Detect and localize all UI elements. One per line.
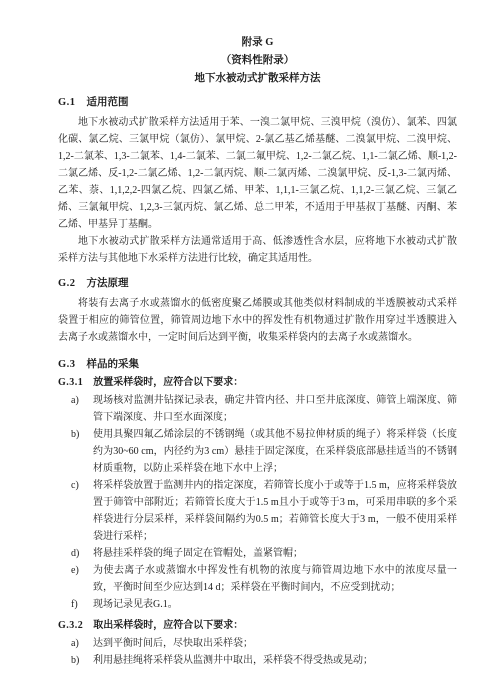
section-heading-g2: G.2方法原理: [58, 275, 457, 293]
clause-intro: 取出采样袋时，应符合以下要求：: [93, 620, 243, 631]
clause-number: G.3.2: [58, 620, 83, 631]
list-item: b) 利用悬挂绳将采样袋从监测井中取出，采样袋不得受热或晃动；: [58, 652, 457, 669]
list-g32: a) 达到平衡时间后，尽快取出采样袋； b) 利用悬挂绳将采样袋从监测井中取出，…: [58, 635, 457, 669]
appendix-type: （资料性附录）: [58, 52, 457, 70]
list-item-text: 为使去离子水或蒸馏水中挥发性有机物的浓度与筛管周边地下水中的浓度尽量一致，平衡时…: [93, 562, 457, 596]
list-item-text: 利用悬挂绳将采样袋从监测井中取出，采样袋不得受热或晃动；: [93, 652, 457, 669]
list-item-label: e): [71, 562, 93, 579]
appendix-label: 附录 G: [58, 34, 457, 52]
list-item-text: 现场核对监测井钻探记录表，确定井管内径、井口至井底深度、筛管上端深度、筛管下端深…: [93, 392, 457, 426]
appendix-name: 地下水被动式扩散采样方法: [58, 70, 457, 88]
paragraph-g1-1: 地下水被动式扩散采样方法适用于苯、一溴二氯甲烷、三溴甲烷（溴仿）、氯苯、四氯化碳…: [58, 114, 457, 233]
list-item-label: d): [71, 545, 93, 562]
clause-g31: G.3.1放置采样袋时，应符合以下要求：: [58, 374, 457, 392]
list-item-label: b): [71, 652, 93, 669]
clause-intro: 放置采样袋时，应符合以下要求：: [93, 377, 243, 388]
section-number: G.3: [58, 359, 76, 370]
list-item: c) 将采样袋放置于监测井内的指定深度，若筛管长度小于或等于1.5 m，应将采样…: [58, 477, 457, 545]
paragraph-g1-2: 地下水被动式扩散采样方法通常适用于高、低渗透性含水层，应将地下水被动式扩散采样方…: [58, 233, 457, 267]
list-item-label: b): [71, 426, 93, 443]
list-item-text: 将悬挂采样袋的绳子固定在管帽处，盖紧管帽；: [93, 545, 457, 562]
list-item: d) 将悬挂采样袋的绳子固定在管帽处，盖紧管帽；: [58, 545, 457, 562]
section-title: 适用范围: [87, 97, 129, 108]
list-item: e) 为使去离子水或蒸馏水中挥发性有机物的浓度与筛管周边地下水中的浓度尽量一致，…: [58, 562, 457, 596]
section-title: 方法原理: [87, 278, 129, 289]
title-block: 附录 G （资料性附录） 地下水被动式扩散采样方法: [58, 34, 457, 88]
list-item-label: c): [71, 477, 93, 494]
list-item: b) 使用具聚四氟乙烯涂层的不锈钢绳（或其他不易拉伸材质的绳子）将采样袋（长度约…: [58, 426, 457, 477]
list-item-label: f): [71, 596, 93, 613]
list-item-text: 使用具聚四氟乙烯涂层的不锈钢绳（或其他不易拉伸材质的绳子）将采样袋（长度约为30…: [93, 426, 457, 477]
document-page: 附录 G （资料性附录） 地下水被动式扩散采样方法 G.1适用范围 地下水被动式…: [0, 0, 504, 677]
clause-g32: G.3.2取出采样袋时，应符合以下要求：: [58, 617, 457, 635]
list-item: f) 现场记录见表G.1。: [58, 596, 457, 613]
list-item-text: 将采样袋放置于监测井内的指定深度，若筛管长度小于或等于1.5 m，应将采样袋放置…: [93, 477, 457, 545]
section-heading-g3: G.3样品的采集: [58, 356, 457, 374]
list-item-label: a): [71, 392, 93, 409]
list-item-text: 现场记录见表G.1。: [93, 596, 457, 613]
list-g31: a) 现场核对监测井钻探记录表，确定井管内径、井口至井底深度、筛管上端深度、筛管…: [58, 392, 457, 613]
paragraph-g2-1: 将装有去离子水或蒸馏水的低密度聚乙烯膜或其他类似材料制成的半透膜被动式采样袋置于…: [58, 295, 457, 346]
section-number: G.2: [58, 278, 76, 289]
list-item: a) 现场核对监测井钻探记录表，确定井管内径、井口至井底深度、筛管上端深度、筛管…: [58, 392, 457, 426]
section-heading-g1: G.1适用范围: [58, 94, 457, 112]
list-item-label: a): [71, 635, 93, 652]
section-number: G.1: [58, 97, 76, 108]
clause-number: G.3.1: [58, 377, 83, 388]
section-title: 样品的采集: [87, 359, 140, 370]
list-item-text: 达到平衡时间后，尽快取出采样袋；: [93, 635, 457, 652]
list-item: a) 达到平衡时间后，尽快取出采样袋；: [58, 635, 457, 652]
